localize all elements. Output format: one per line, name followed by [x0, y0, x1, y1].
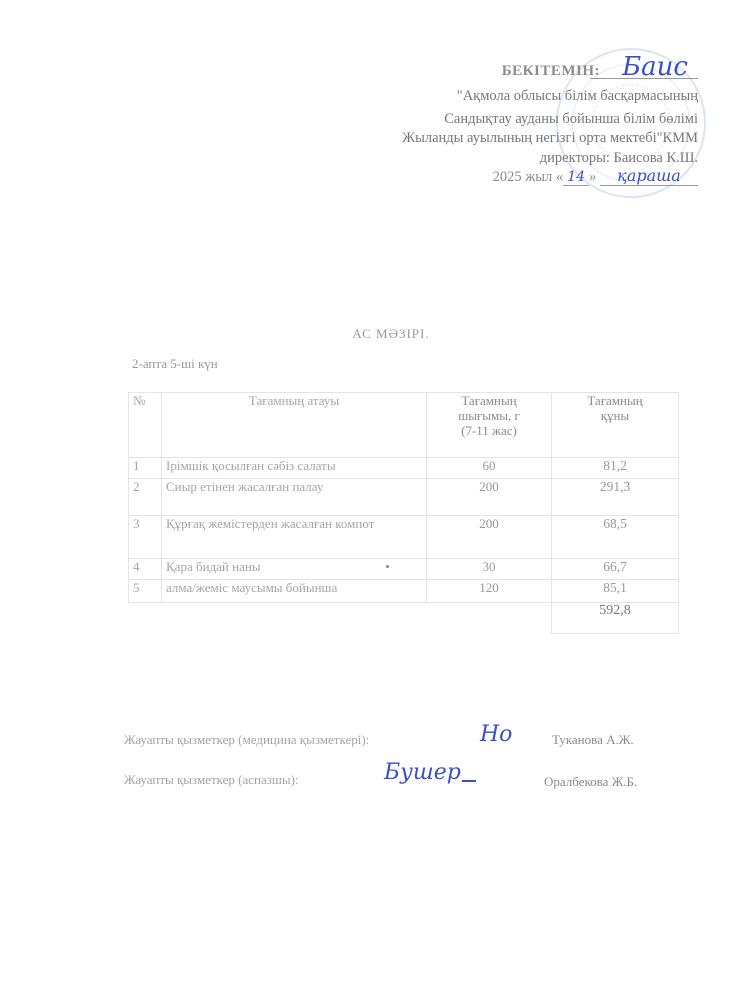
row-weight: 60 — [427, 458, 552, 479]
header-weight-line-3: (7-11 жас) — [431, 423, 547, 438]
header-weight: Тағамның шығымы, г (7-11 жас) — [427, 393, 552, 458]
row-num: 2 — [129, 479, 162, 516]
approval-line-4: директоры: Баисова К.Ш. — [540, 150, 698, 167]
scan-speck — [386, 565, 389, 568]
date-day: 14 — [563, 169, 589, 186]
row-dish-name: алма/жеміс маусымы бойынша — [162, 580, 427, 603]
table-total-row: 592,8 — [129, 603, 679, 634]
signature-role-2: Жауапты қызметкер (аспазшы): — [124, 772, 299, 788]
approval-date: 2025 жыл «14» қараша — [493, 166, 698, 186]
row-num: 3 — [129, 516, 162, 559]
date-month: қараша — [600, 166, 698, 186]
signature-dash — [462, 780, 476, 782]
row-dish-name: Қара бидай наны — [162, 559, 427, 580]
total-cost: 592,8 — [552, 603, 679, 634]
row-weight: 200 — [427, 516, 552, 559]
row-cost: 291,3 — [552, 479, 679, 516]
row-weight: 120 — [427, 580, 552, 603]
signature-mark-1: Но — [480, 722, 512, 747]
table-row: 5алма/жеміс маусымы бойынша12085,1 — [129, 580, 679, 603]
signature-name-1: Туканова А.Ж. — [552, 732, 634, 748]
table-row: 2Сиыр етінен жасалған палау200291,3 — [129, 479, 679, 516]
approval-line-3: Жыланды ауылының негізгі орта мектебі"КМ… — [402, 130, 698, 147]
table-row: 1Ірімшік қосылған сәбіз салаты6081,2 — [129, 458, 679, 479]
row-cost: 85,1 — [552, 580, 679, 603]
row-weight: 200 — [427, 479, 552, 516]
header-cost-line-2: құны — [556, 408, 674, 423]
row-cost: 81,2 — [552, 458, 679, 479]
director-signature: Баис — [622, 52, 688, 82]
row-dish-name: Сиыр етінен жасалған палау — [162, 479, 427, 516]
signature-role-1: Жауапты қызметкер (медицина қызметкері): — [124, 732, 369, 748]
menu-table: № Тағамның атауы Тағамның шығымы, г (7-1… — [128, 392, 679, 634]
header-cost-line-1: Тағамның — [556, 393, 674, 408]
table-row: 3Құрғақ жемістерден жасалған компот20068… — [129, 516, 679, 559]
header-weight-line-1: Тағамның — [431, 393, 547, 408]
header-name: Тағамның атауы — [162, 393, 427, 458]
row-num: 4 — [129, 559, 162, 580]
row-dish-name: Ірімшік қосылған сәбіз салаты — [162, 458, 427, 479]
date-mid: » — [589, 169, 596, 185]
table-row: 4Қара бидай наны3066,7 — [129, 559, 679, 580]
header-weight-line-2: шығымы, г — [431, 408, 547, 423]
signature-name-2: Оралбекова Ж.Б. — [544, 774, 637, 790]
row-cost: 66,7 — [552, 559, 679, 580]
approval-heading: БЕКІТЕМІН: — [502, 63, 600, 80]
table-header-row: № Тағамның атауы Тағамның шығымы, г (7-1… — [129, 393, 679, 458]
approval-line-2: Сандықтау ауданы бойынша білім бөлімі — [444, 111, 698, 128]
row-dish-name: Құрғақ жемістерден жасалған компот — [162, 516, 427, 559]
row-num: 1 — [129, 458, 162, 479]
week-day-subtitle: 2-апта 5-ші күн — [132, 356, 218, 372]
row-num: 5 — [129, 580, 162, 603]
signature-mark-2: Бушер — [384, 760, 461, 785]
page-title: АС МӘЗІРІ. — [0, 326, 732, 342]
row-cost: 68,5 — [552, 516, 679, 559]
header-num: № — [129, 393, 162, 458]
approval-line-1: "Ақмола облысы білім басқармасының — [457, 88, 698, 105]
total-blank — [129, 603, 552, 634]
date-prefix: 2025 жыл « — [493, 169, 564, 185]
header-cost: Тағамның құны — [552, 393, 679, 458]
row-weight: 30 — [427, 559, 552, 580]
